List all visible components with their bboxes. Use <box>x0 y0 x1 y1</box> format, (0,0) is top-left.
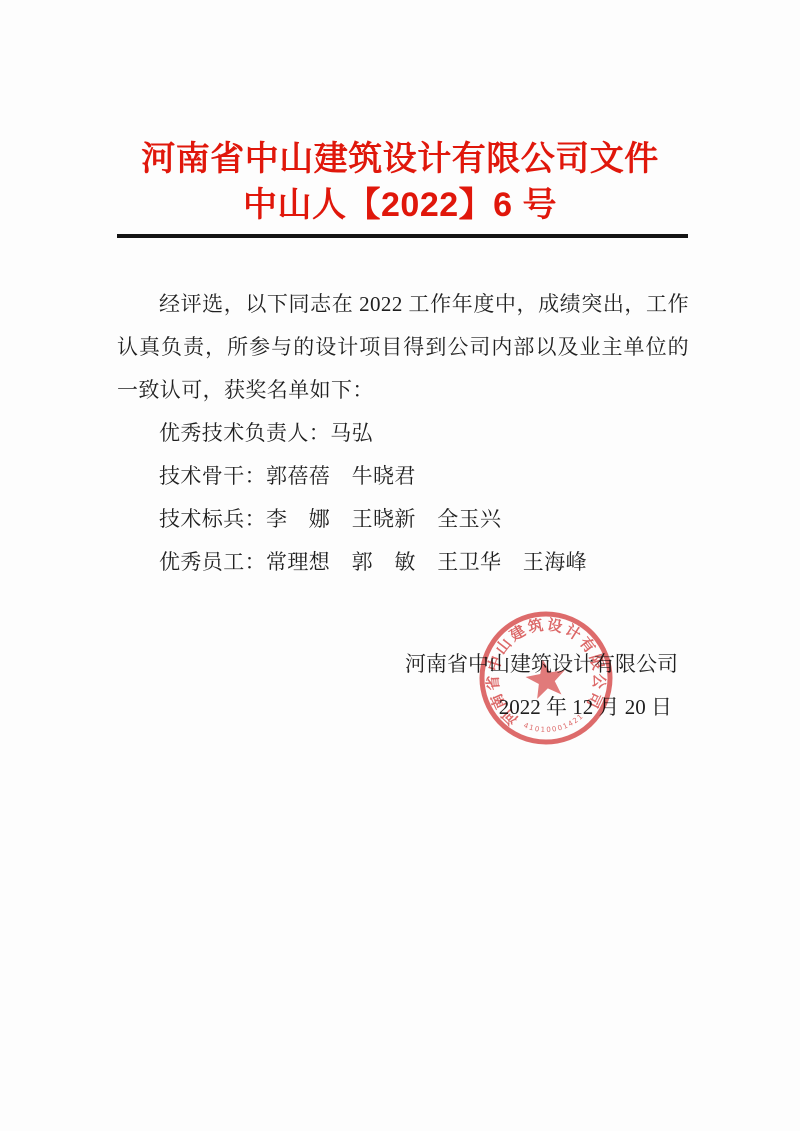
document-number: 中山人【2022】6 号 <box>0 185 800 225</box>
document-header: 河南省中山建筑设计有限公司文件 中山人【2022】6 号 <box>0 0 800 225</box>
document-body: 经评选，以下同志在 2022 工作年度中，成绩突出，工作认真负责，所参与的设计项… <box>117 283 689 584</box>
award-line-tech-leader: 优秀技术负责人：马弘 <box>117 412 689 455</box>
signature-company-name: 河南省中山建筑设计有限公司 <box>405 643 678 686</box>
document-page: 河南省中山建筑设计有限公司文件 中山人【2022】6 号 经评选，以下同志在 2… <box>0 0 800 1131</box>
document-title: 河南省中山建筑设计有限公司文件 <box>0 139 800 179</box>
award-line-tech-backbone: 技术骨干：郭蓓蓓 牛晓君 <box>117 455 689 498</box>
signature-block: 河南省中山建筑设计有限公司 2022 年 12 月 20 日 <box>405 643 678 729</box>
award-list: 优秀技术负责人：马弘 技术骨干：郭蓓蓓 牛晓君 技术标兵：李 娜 王晓新 全玉兴… <box>117 412 689 584</box>
award-line-excellent-staff: 优秀员工：常理想 郭 敏 王卫华 王海峰 <box>117 541 689 584</box>
signature-date: 2022 年 12 月 20 日 <box>405 686 672 729</box>
header-divider-line <box>117 234 688 238</box>
award-line-tech-pacesetter: 技术标兵：李 娜 王晓新 全玉兴 <box>117 498 689 541</box>
intro-paragraph: 经评选，以下同志在 2022 工作年度中，成绩突出，工作认真负责，所参与的设计项… <box>117 283 689 412</box>
